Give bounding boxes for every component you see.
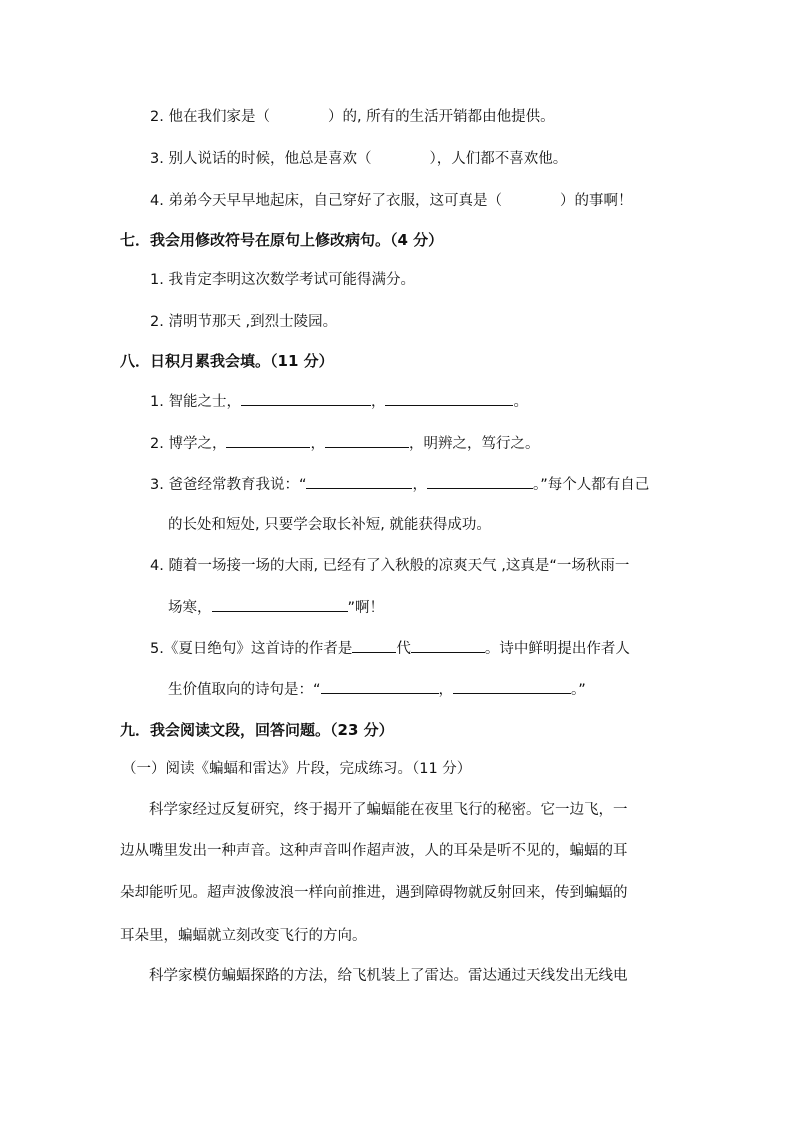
text: 生价值取向的诗句是：“ [168, 682, 321, 698]
text: ， [371, 394, 386, 410]
fill-blank[interactable] [411, 638, 485, 653]
s8-item-4-line2: 场寒，”啊！ [168, 597, 384, 618]
fill-blank[interactable] [306, 474, 412, 489]
text: ”啊！ [348, 600, 385, 616]
text: 5.《夏日绝句》这首诗的作者是 [150, 641, 352, 657]
text: ， [412, 477, 427, 493]
text: 。” [571, 682, 586, 698]
text: 场寒， [168, 600, 212, 616]
text: ， [310, 436, 325, 452]
s7-item-1: 1. 我肯定李明这次数学考试可能得满分。 [150, 270, 415, 290]
section9-subheading: （一）阅读《蝙蝠和雷达》片段，完成练习。（11 分） [122, 759, 471, 779]
text: ， [439, 682, 454, 698]
s8-item-5-line2: 生价值取向的诗句是：“，。” [168, 679, 586, 700]
text: 3. 别人说话的时候，他总是喜欢（ [150, 151, 371, 167]
passage-line: 科学家模仿蝙蝠探路的方法，给飞机装上了雷达。雷达通过天线发出无线电 [149, 966, 628, 986]
text: 。诗中鲜明提出作者人 [485, 641, 630, 657]
s8-item-3-line2: 的长处和短处, 只要学会取长补短, 就能获得成功。 [168, 515, 491, 535]
fill-blank[interactable] [453, 679, 571, 694]
fill-blank[interactable] [385, 391, 513, 406]
text: ）的, 所有的生活开销都由他提供。 [328, 109, 555, 125]
text: 4. 弟弟今天早早地起床，自己穿好了衣服，这可真是（ [150, 193, 502, 209]
s6-item-3: 3. 别人说话的时候，他总是喜欢（），人们都不喜欢他。 [150, 149, 567, 169]
s6-item-2: 2. 他在我们家是（）的, 所有的生活开销都由他提供。 [150, 107, 555, 127]
fill-blank[interactable] [226, 433, 310, 448]
text: 2. 博学之， [150, 436, 226, 452]
text: 。”每个人都有自己 [533, 477, 649, 493]
passage-line: 朵却能听见。超声波像波浪一样向前推进，遇到障碍物就反射回来，传到蝙蝠的 [120, 883, 628, 903]
s8-item-1: 1. 智能之士，，。 [150, 391, 528, 412]
text: 代 [396, 641, 411, 657]
passage-line: 耳朵里，蝙蝠就立刻改变飞行的方向。 [120, 926, 367, 946]
fill-blank[interactable] [212, 597, 348, 612]
text: ，明辨之，笃行之。 [409, 436, 540, 452]
s8-item-2: 2. 博学之，，，明辨之，笃行之。 [150, 433, 539, 454]
passage-line: 边从嘴里发出一种声音。这种声音叫作超声波，人的耳朵是听不见的，蝙蝠的耳 [120, 841, 628, 861]
section9-heading: 九．我会阅读文段，回答问题。（23 分） [120, 720, 394, 740]
text: 2. 他在我们家是（ [150, 109, 270, 125]
fill-blank[interactable] [241, 391, 371, 406]
s8-item-4: 4. 随着一场接一场的大雨, 已经有了入秋般的凉爽天气 ,这真是“一场秋雨一 [150, 556, 629, 576]
section8-heading: 八．日积月累我会填。（11 分） [120, 351, 334, 371]
s6-item-4: 4. 弟弟今天早早地起床，自己穿好了衣服，这可真是（）的事啊！ [150, 191, 632, 211]
text: 1. 智能之士， [150, 394, 241, 410]
s8-item-5: 5.《夏日绝句》这首诗的作者是代。诗中鲜明提出作者人 [150, 638, 630, 659]
s7-item-2: 2. 清明节那天 ,到烈士陵园。 [150, 312, 337, 332]
fill-blank[interactable] [321, 679, 439, 694]
fill-blank[interactable] [352, 638, 396, 653]
s8-item-3: 3. 爸爸经常教育我说：“，。”每个人都有自己 [150, 474, 649, 495]
section7-heading: 七．我会用修改符号在原句上修改病句。（4 分） [120, 230, 443, 250]
text: ）的事啊！ [560, 193, 633, 209]
fill-blank[interactable] [325, 433, 409, 448]
passage-line: 科学家经过反复研究，终于揭开了蝙蝠能在夜里飞行的秘密。它一边飞，一 [149, 800, 628, 820]
fill-blank[interactable] [427, 474, 533, 489]
text: 。 [513, 394, 528, 410]
text: ），人们都不喜欢他。 [429, 151, 567, 167]
text: 3. 爸爸经常教育我说：“ [150, 477, 306, 493]
